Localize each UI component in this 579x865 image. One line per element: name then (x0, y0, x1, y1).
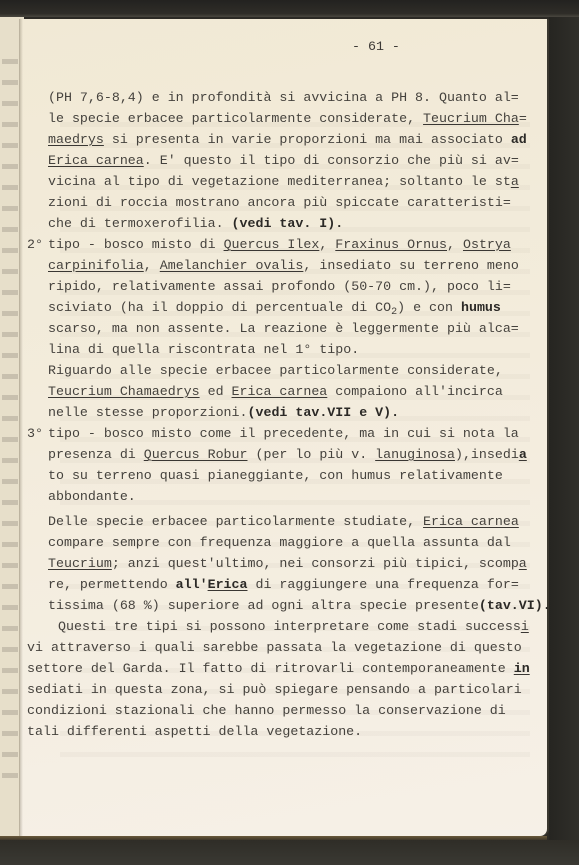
text-run: , (447, 237, 463, 252)
paragraph-tipo-1-continuation: (PH 7,6-8,4) e in profondità si avvicina… (48, 87, 527, 234)
text-run: ed (200, 384, 232, 399)
text-run: (per lo più v. (248, 447, 376, 462)
text-run: tipo - bosco misto come il precedente, m… (48, 426, 519, 441)
text-line: zioni di roccia mostrano ancora più spic… (48, 192, 527, 213)
list-item-body: tipo - bosco misto come il precedente, m… (48, 423, 527, 507)
underlined-term: lanuginosa (375, 447, 455, 462)
text-run: tali differenti aspetti della vegetazion… (27, 724, 362, 739)
underlined-term: Erica carnea (232, 384, 328, 399)
text-line: vi attraverso i quali sarebbe passata la… (27, 637, 530, 658)
text-line: re, permettendo all'Erica di raggiungere… (48, 574, 551, 595)
text-line: sediati in questa zona, si può spiegare … (27, 679, 530, 700)
list-item-body: tipo - bosco misto di Quercus Ilex, Frax… (48, 234, 519, 360)
text-line: sciviato (ha il doppio di percentuale di… (48, 297, 519, 318)
text-run: nelle stesse proporzioni. (48, 405, 248, 420)
text-run: sciviato (ha il doppio di percentuale di… (48, 300, 391, 315)
text-run: abbondante. (48, 489, 136, 504)
underlined-term: a (519, 556, 527, 571)
underlined-term: Ostrya (463, 237, 511, 252)
text-line: vicina al tipo di vegetazione mediterran… (48, 171, 527, 192)
bold-text: (vedi tav. I). (232, 216, 344, 231)
text-run: vi attraverso i quali sarebbe passata la… (27, 640, 522, 655)
list-item-tipo-3: 3° tipo - bosco misto come il precedente… (27, 423, 527, 507)
text-line: maedrys si presenta in varie proporzioni… (48, 129, 527, 150)
text-line: (PH 7,6-8,4) e in profondità si avvicina… (48, 87, 527, 108)
bold-text: all' (176, 577, 208, 592)
bold-text: (tav.VI). (479, 598, 551, 613)
bold-text: humus (461, 300, 501, 315)
text-run: compaiono all'incirca (327, 384, 503, 399)
text-line: che di termoxerofilia. (vedi tav. I). (48, 213, 527, 234)
text-run: sediati in questa zona, si può spiegare … (27, 682, 522, 697)
underlined-term: Teucrium (48, 556, 112, 571)
underlined-term: Quercus Ilex (224, 237, 320, 252)
bold-text: ad (511, 132, 527, 147)
text-line: Delle specie erbacee particolarmente stu… (48, 511, 551, 532)
text-line: abbondante. (48, 486, 527, 507)
text-run: presenza di (48, 447, 144, 462)
text-line: presenza di Quercus Robur (per lo più v.… (48, 444, 527, 465)
paragraph-questi-tre-tipi: Questi tre tipi si possono interpretare … (27, 616, 530, 742)
text-line: tipo - bosco misto di Quercus Ilex, Frax… (48, 234, 519, 255)
text-run: settore del Garda. Il fatto di ritrovarl… (27, 661, 514, 676)
list-marker: 3° (27, 423, 48, 444)
underlined-term: a (519, 447, 527, 462)
text-line: ripido, relativamente assai profondo (50… (48, 276, 519, 297)
underlined-term: i (521, 619, 529, 634)
text-line: tissima (68 %) superiore ad ogni altra s… (48, 595, 551, 616)
text-run: (PH 7,6-8,4) e in profondità si avvicina… (48, 90, 519, 105)
text-run: Questi tre tipi si possono interpretare … (58, 619, 521, 634)
text-run: condizioni stazionali che hanno permesso… (27, 703, 506, 718)
text-run: di raggiungere una frequenza for= (248, 577, 519, 592)
text-run: tipo - bosco misto di (48, 237, 224, 252)
underlined-term: a (511, 174, 519, 189)
bold-text: (vedi tav.VII e V). (248, 405, 400, 420)
underlined-term: Erica carnea (423, 514, 519, 529)
text-line: Riguardo alle specie erbacee particolarm… (48, 360, 503, 381)
text-line: tipo - bosco misto come il precedente, m… (48, 423, 527, 444)
text-run: tissima (68 %) superiore ad ogni altra s… (48, 598, 479, 613)
paragraph-riguardo: Riguardo alle specie erbacee particolarm… (48, 360, 503, 423)
text-run: , (319, 237, 335, 252)
binding-fold (19, 19, 23, 837)
text-run: re, permettendo (48, 577, 176, 592)
underlined-term: Erica (208, 577, 248, 592)
text-run: che di termoxerofilia. (48, 216, 232, 231)
text-line: scarso, ma non assente. La reazione è le… (48, 318, 519, 339)
text-line: lina di quella riscontrata nel 1° tipo. (48, 339, 519, 360)
text-line: Teucrium Chamaedrys ed Erica carnea comp… (48, 381, 503, 402)
list-marker: 2° (27, 234, 48, 255)
text-line: Erica carnea. E' questo il tipo di conso… (48, 150, 527, 171)
text-line: carpinifolia, Amelanchier ovalis, insedi… (48, 255, 519, 276)
scanner-background-top (0, 0, 579, 17)
text-run: si presenta in varie proporzioni ma mai … (104, 132, 511, 147)
page-number: - 61 - (352, 36, 400, 57)
text-run: le specie erbacee particolarmente consid… (48, 111, 423, 126)
text-run: vicina al tipo di vegetazione mediterran… (48, 174, 511, 189)
text-line: tali differenti aspetti della vegetazion… (27, 721, 530, 742)
text-run: Riguardo alle specie erbacee particolarm… (48, 363, 503, 378)
underlined-term: Teucrium Cha (423, 111, 519, 126)
text-run: to su terreno quasi pianeggiante, con hu… (48, 468, 503, 483)
text-run: Delle specie erbacee particolarmente stu… (48, 514, 423, 529)
text-run: compare sempre con frequenza maggiore a … (48, 535, 511, 550)
text-run: scarso, ma non assente. La reazione è le… (48, 321, 519, 336)
underlined-term: Teucrium Chamaedrys (48, 384, 200, 399)
list-item-tipo-2: 2° tipo - bosco misto di Quercus Ilex, F… (27, 234, 519, 360)
text-line: to su terreno quasi pianeggiante, con hu… (48, 465, 527, 486)
paragraph-delle-specie: Delle specie erbacee particolarmente stu… (48, 511, 551, 616)
underlined-term: Amelanchier ovalis (160, 258, 304, 273)
text-run: , (144, 258, 160, 273)
scanner-background-right (549, 17, 579, 865)
text-run: . E' questo il tipo di consorzio che più… (144, 153, 519, 168)
underlined-term: Erica carnea (48, 153, 144, 168)
text-run: ) e con (397, 300, 461, 315)
text-run: ; anzi quest'ultimo, nei consorzi più ti… (112, 556, 519, 571)
underlined-term: Fraxinus Ornus (335, 237, 447, 252)
underlined-term: in (514, 661, 530, 676)
text-run: , insediato su terreno meno (303, 258, 518, 273)
underlined-term: maedrys (48, 132, 104, 147)
text-run: ),insedi (455, 447, 519, 462)
text-run: lina di quella riscontrata nel 1° tipo. (48, 342, 359, 357)
text-line: nelle stesse proporzioni.(vedi tav.VII e… (48, 402, 503, 423)
text-line: condizioni stazionali che hanno permesso… (27, 700, 530, 721)
text-run: ripido, relativamente assai profondo (50… (48, 279, 511, 294)
text-line: Teucrium; anzi quest'ultimo, nei consorz… (48, 553, 551, 574)
text-run: = (519, 111, 527, 126)
underlined-term: carpinifolia (48, 258, 144, 273)
text-line: le specie erbacee particolarmente consid… (48, 108, 527, 129)
text-run: zioni di roccia mostrano ancora più spic… (48, 195, 511, 210)
text-line: settore del Garda. Il fatto di ritrovarl… (27, 658, 530, 679)
text-line: compare sempre con frequenza maggiore a … (48, 532, 551, 553)
underlined-term: Quercus Robur (144, 447, 248, 462)
text-line: Questi tre tipi si possono interpretare … (27, 616, 530, 637)
scanner-background-bottom (0, 840, 579, 865)
